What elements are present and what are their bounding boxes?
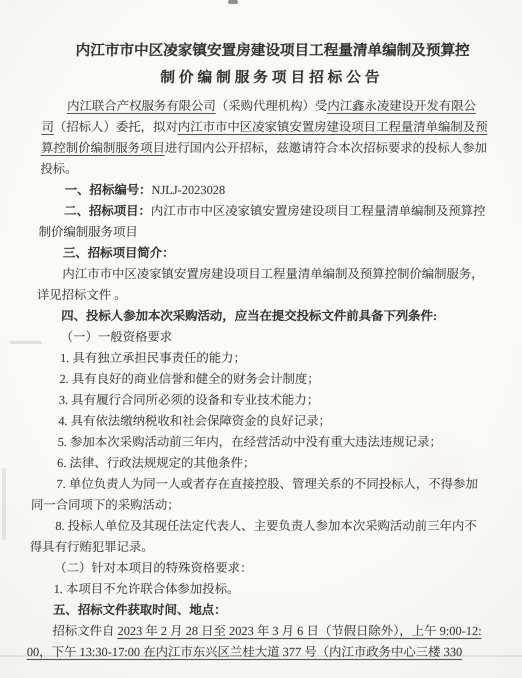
text-run: 1. 本项目不允许联合体参加投标。	[53, 582, 239, 596]
text-run: （招标人）委托，拟对	[54, 120, 178, 134]
underlined-text: 00，下午 13:30-17:00 在内江市东兴区兰桂大道 377 号（内江市政…	[27, 645, 463, 659]
underlined-text: 算控制价编制服务项目	[41, 141, 165, 155]
text-line: 招标文件自 2023 年 2 月 28 日至 2023 年 3 月 6 日（节假…	[27, 621, 474, 642]
section-heading: 四、投标人参加本次采购活动，应当在提交投标文件前具备下列条件:	[61, 309, 437, 323]
underlined-text: 内江鑫永凌建设开发有限公	[327, 99, 476, 113]
text-line: 司（招标人）委托，拟对内江市市中区凌家镇安置房建设项目工程量清单编制及预	[41, 117, 488, 138]
text-run: 5. 参加本次采购活动前三年内，在经营活动中没有重大违法违规记录；	[58, 435, 443, 449]
text-line: 1. 具有独立承担民事责任的能力；	[35, 348, 482, 369]
text-line: 7. 单位负责人为同一人或者存在直接控股、管理关系的不同投标人，不得参加	[31, 474, 478, 495]
text-line: 6. 法律、行政法规规定的其他条件；	[32, 453, 479, 474]
text-line: 制价编制服务项目	[38, 222, 485, 243]
text-run: 详见招标文件 。	[37, 288, 127, 302]
text-run: 投标。	[40, 162, 78, 176]
text-line: 内江联合产权服务有限公司（采购代理机构）受内江鑫永凌建设开发有限公	[42, 96, 489, 117]
text-run: 得具有行贿犯罪记录。	[30, 540, 154, 554]
text-line: 二、招标项目：内江市市中区凌家镇安置房建设项目工程量清单编制及预算控	[39, 201, 486, 222]
text-line: （二）针对本项目的特殊资格要求：	[29, 558, 476, 579]
page-title: 内江市市中区凌家镇安置房建设项目工程量清单编制及预算控 制价编制服务项目招标公告	[42, 38, 490, 92]
text-run: 6. 法律、行政法规规定的其他条件；	[57, 456, 256, 470]
text-run: NJLJ-2023028	[151, 183, 225, 197]
text-line: 内江市市中区凌家镇安置房建设项目工程量清单编制及预算控制价编制服务，	[37, 264, 484, 285]
text-run: （采购代理机构）受	[216, 99, 328, 113]
text-line: 投标。	[40, 159, 487, 180]
text-line: 1. 本项目不允许联合体参加投标。	[28, 579, 475, 600]
title-line-2: 制价编制服务项目招标公告	[54, 65, 489, 92]
text-line: 5. 参加本次采购活动前三年内，在经营活动中没有重大违法违规记录；	[32, 432, 479, 453]
section-heading: 一、招标编号：	[65, 183, 152, 197]
text-run: 内江市市中区凌家镇安置房建设项目工程量清单编制及预算控制价编制服务，	[62, 267, 484, 281]
text-line: 四、投标人参加本次采购活动，应当在提交投标文件前具备下列条件:	[36, 306, 483, 327]
document-body: 内江联合产权服务有限公司（采购代理机构）受内江鑫永凌建设开发有限公司（招标人）委…	[27, 96, 489, 663]
underlined-text: 司	[41, 120, 54, 134]
text-line: 得具有行贿犯罪记录。	[29, 537, 476, 558]
text-run: 制价编制服务项目	[38, 225, 138, 239]
text-line: 算控制价编制服务项目进行国内公开招标，兹邀请符合本次招标要求的投标人参加	[41, 138, 488, 159]
text-run: 2. 具有良好的商业信誉和健全的财务会计制度；	[59, 372, 320, 386]
section-heading: 五、招标文件获取时间、地点：	[53, 603, 227, 617]
text-line: 00，下午 13:30-17:00 在内江市东兴区兰桂大道 377 号（内江市政…	[27, 642, 474, 663]
underlined-text: 内江联合产权服务有限公司	[67, 99, 216, 113]
text-line: （一）一般资格要求	[35, 327, 482, 348]
text-run: （一）一般资格要求	[60, 330, 172, 344]
text-line: 一、招标编号：NJLJ-2023028	[39, 180, 486, 201]
text-line: 8. 投标人单位及其现任法定代表人、主要负责人参加本次采购活动前三年内不	[30, 516, 477, 537]
text-run: 8. 投标人单位及其现任法定代表人、主要负责人参加本次采购活动前三年内不	[55, 519, 477, 533]
text-run: 7. 单位负责人为同一人或者存在直接控股、管理关系的不同投标人，不得参加	[56, 477, 478, 491]
section-heading: 二、招标项目：	[64, 204, 151, 218]
text-line: 三、招标项目简介：	[38, 243, 485, 264]
text-line: 4. 具有依法缴纳税收和社会保障资金的良好记录；	[33, 411, 480, 432]
underlined-text: 2023 年 2 月 28 日至 2023 年 3 月 6 日（节假日除外），上…	[117, 624, 482, 638]
text-run: 1. 具有独立承担民事责任的能力；	[60, 351, 246, 365]
text-line: 五、招标文件获取时间、地点：	[28, 600, 475, 621]
underlined-text: 内江市市中区凌家镇安置房建设项目工程量清单编制及预	[178, 120, 488, 134]
title-line-1: 内江市市中区凌家镇安置房建设项目工程量清单编制及预算控	[55, 38, 490, 65]
text-run: 3. 具有履行合同所必须的设备和专业技术能力；	[59, 393, 320, 407]
text-run: 4. 具有依法缴纳税收和社会保障资金的良好记录；	[58, 414, 331, 428]
text-run: （二）针对本项目的特殊资格要求：	[54, 561, 253, 575]
text-run: 内江市市中区凌家镇安置房建设项目工程量清单编制及预算控	[151, 204, 486, 218]
text-run: 同一合同项下的采购活动；	[31, 498, 180, 512]
section-heading: 三、招标项目简介：	[63, 246, 175, 260]
text-line: 同一合同项下的采购活动；	[31, 495, 478, 516]
text-run: 进行国内公开招标，兹邀请符合本次招标要求的投标人参加	[165, 141, 488, 155]
document-content: 内江市市中区凌家镇安置房建设项目工程量清单编制及预算控 制价编制服务项目招标公告…	[27, 38, 490, 663]
text-line: 2. 具有良好的商业信誉和健全的财务会计制度；	[34, 369, 481, 390]
text-line: 详见招标文件 。	[37, 285, 484, 306]
scan-speck-artifact	[228, 0, 238, 4]
text-line: 3. 具有履行合同所必须的设备和专业技术能力；	[34, 390, 481, 411]
tender-announcement-page: 内江市市中区凌家镇安置房建设项目工程量清单编制及预算控 制价编制服务项目招标公告…	[0, 0, 522, 678]
text-run: 招标文件自	[52, 624, 117, 638]
scan-streak-artifact	[2, 468, 6, 540]
